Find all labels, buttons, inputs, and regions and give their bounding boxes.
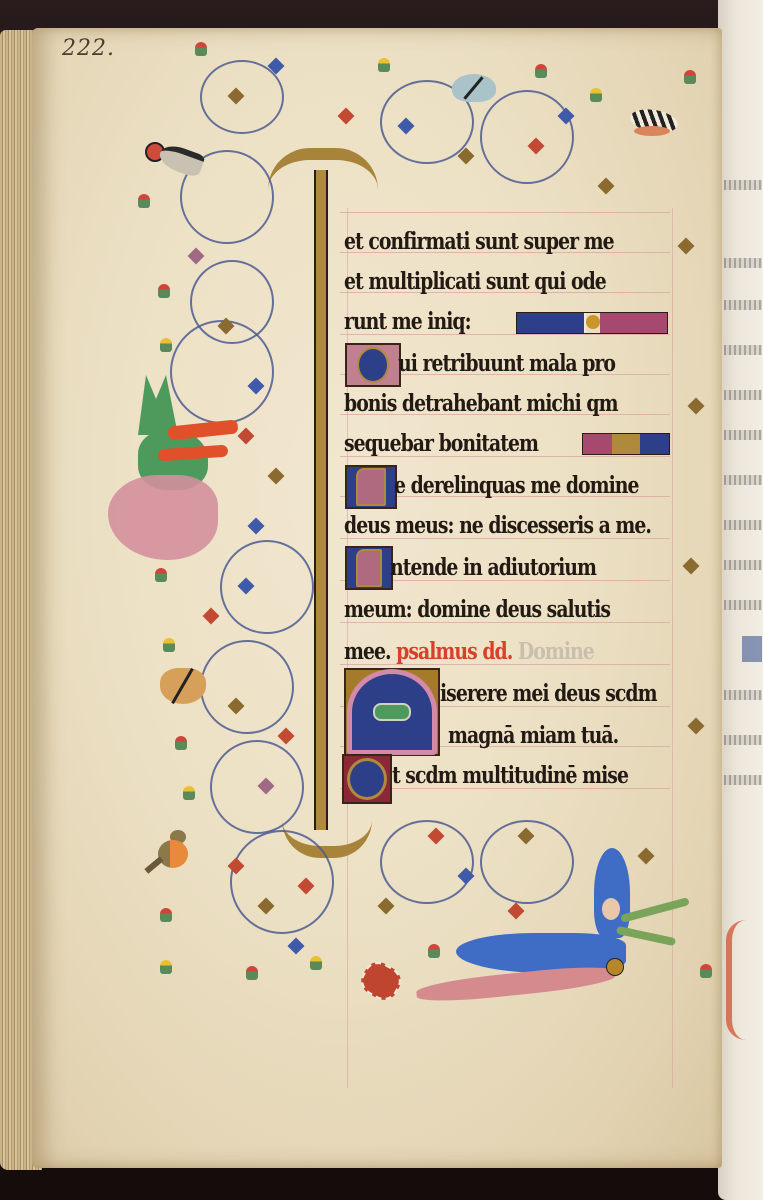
decorated-initial-i	[345, 546, 393, 590]
text-line: bonis detrahebant michi qm	[344, 384, 618, 424]
robin-bird	[144, 826, 204, 886]
facing-page-edge	[718, 0, 763, 1200]
ghost-text-line	[724, 600, 762, 610]
ghost-text-line	[724, 430, 762, 440]
text-line: ntende in adiutorium	[390, 548, 596, 588]
text-line: et confirmati sunt super me	[344, 222, 614, 262]
decorated-initial-q	[345, 343, 401, 387]
ghost-text-line	[724, 180, 762, 190]
decorated-initial-m	[344, 668, 440, 756]
decorated-initial-e	[342, 754, 392, 804]
ghost-text-line	[724, 560, 762, 570]
woodpecker-bird	[624, 106, 684, 150]
ghost-text-line	[724, 258, 762, 268]
ghost-text-line	[724, 735, 762, 745]
text-line: e derelinquas me domine	[394, 466, 639, 506]
text-line-start: mee.	[344, 638, 391, 665]
text-line: et multiplicati sunt qui ode	[344, 262, 606, 302]
text-line: ui retribuunt mala pro	[398, 344, 615, 384]
green-hybrid-creature	[108, 375, 248, 565]
ghost-text-line	[724, 775, 762, 785]
red-butterfly	[358, 958, 400, 1000]
ghost-initial	[742, 636, 762, 662]
line-filler	[582, 433, 670, 455]
rubric-heading: psalmus dd.	[396, 638, 512, 665]
text-line: magnā miam tuā.	[448, 716, 618, 756]
ghost-text-line	[724, 690, 762, 700]
goldfinch-bird	[145, 138, 209, 178]
yellow-butterfly	[160, 668, 206, 704]
text-line: runt me iniq:	[344, 302, 471, 342]
ghost-text-line	[724, 520, 762, 530]
ghost-text-line	[724, 300, 762, 310]
text-line: deus meus: ne discesseris a me.	[344, 506, 651, 546]
faded-catchword: Domine	[518, 638, 594, 665]
ghost-flourish	[726, 920, 763, 1040]
gold-border-bar	[314, 170, 328, 830]
ghost-text-line	[724, 475, 762, 485]
text-line: iserere mei deus scdm	[440, 674, 657, 714]
decorated-initial-n	[345, 465, 397, 509]
text-line: t scdm multitudinē mise	[392, 756, 628, 796]
text-line: mee. psalmus dd. Domine	[344, 632, 594, 672]
ghost-text-line	[724, 345, 762, 355]
text-line: meum: domine deus salutis	[344, 590, 610, 630]
ghost-text-line	[724, 390, 762, 400]
pale-butterfly	[452, 74, 496, 102]
blue-hooded-hybrid-creature	[416, 848, 696, 1018]
text-line: sequebar bonitatem	[344, 424, 538, 464]
folio-number: 222.	[62, 36, 115, 61]
line-filler	[516, 312, 668, 334]
